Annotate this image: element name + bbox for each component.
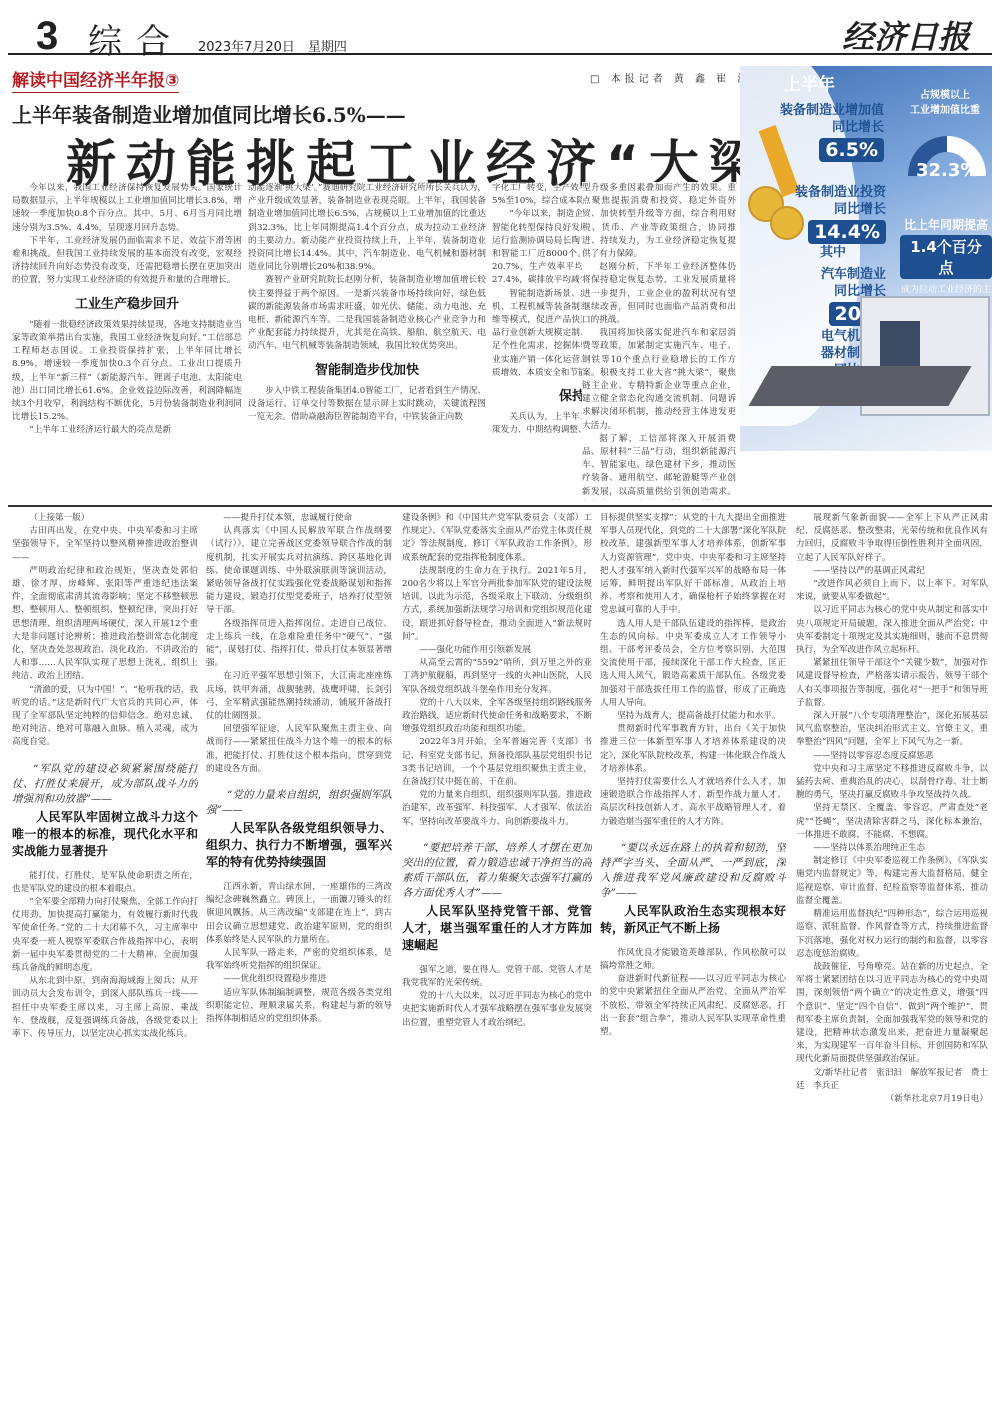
infographic: 上半年 装备制造业增加值 同比增长 6.5% 占规模以上 工业增加值比重 32.… <box>740 66 992 451</box>
masthead: 3 综合 2023年7月20日 星期四 经济日报 <box>0 0 1000 54</box>
continued-note: （上接第一版） <box>12 512 198 525</box>
section-heading: 智能制造步伐加快 <box>248 364 486 377</box>
stat-share-label: 占规模以上 工业增加值比重 <box>900 86 990 116</box>
series-label: 解读中国经济半年报③ <box>12 66 179 93</box>
article1-column-4: 型升级多重因素叠加而产生的效果。重点聚焦提振消费和投资、稳定外资外贸、加快转型升… <box>582 182 736 500</box>
pull-quote: “要把培养干部、培养人才摆在更加突出的位置，着力锻造忠诚干净担当的高素质干部队伍… <box>402 841 592 901</box>
subsection-heading: 人民军队坚持党管干部、党管人才，堪当强军重任的人才方阵加速崛起 <box>402 903 592 954</box>
article2-column-2: ——提升打仗本领，忠诚履行使命 认真落实《中国人民解放军联合作战纲要（试行）》，… <box>206 512 392 1412</box>
article-byline: □ 本报记者 黄 鑫 崔 浩 <box>590 70 751 85</box>
dateline: （新华社北京7月19日电） <box>796 1093 988 1106</box>
author-signature: 文/新华社记者 张汩汩 解放军报记者 费士廷 李兵正 <box>796 1067 988 1093</box>
pull-quote: “军队党的建设必须紧紧围绕能打仗、打胜仗来展开，成为部队战斗力的增强剂和功放器”… <box>12 762 198 807</box>
article2-column-1: （上接第一版） 古田再出发，在党中央、中央军委和习主席坚强领导下，全军坚持以整风… <box>12 512 198 1412</box>
section-heading: 工业生产稳步回升 <box>12 298 242 311</box>
newspaper-logo: 经济日报 <box>842 12 970 58</box>
conveyor-belt-illustration <box>748 366 971 406</box>
pull-quote: “要以永远在路上的执着和韧劲，坚持严字当头、全面从严、一严到底，深入推进我军党风… <box>600 841 786 901</box>
subsection-heading: 人民军队牢固树立战斗力这个唯一的根本的标准，现代化水平和实战能力显著提升 <box>12 809 198 860</box>
article1-column-1: 今年以来，我国工业经济保持恢复发展势头。国家统计局数据显示，上半年规模以上工业增… <box>12 182 242 500</box>
article1-column-2: 动能逐渐‘挑大梁’。”赛迪研究院工业经济研究所所长关兵认为，产业升级成效显著，装… <box>248 182 486 500</box>
stat-rise: 比上年同期提高 1.4个百分点 成为拉动工业经济的主要动力 <box>900 216 992 308</box>
subsection-heading: 人民军队各级党组织领导力、组织力、执行力不断增强，强军兴军的特有优势持续强固 <box>206 820 392 871</box>
article-divider <box>8 505 992 507</box>
stat-equipment-value-added: 装备制造业增加值 同比增长 6.5% <box>744 102 884 162</box>
section-title: 综合 <box>88 14 184 63</box>
masthead-divider <box>8 53 992 55</box>
pull-quote: “党的力量来自组织，组织强则军队强”—— <box>206 788 392 818</box>
article2-column-5: 展现新气象新面貌——全军上下从严正风肃纪、反腐惩恶、整改整肃，光荣传统和优良作风… <box>796 512 988 1412</box>
share-value: 32.3% <box>916 160 978 181</box>
article2-column-3: 建设条例》和《中国共产党军队委员会（支部）工作规定》、《军队党委落实全面从严治党… <box>402 512 592 1412</box>
infographic-title: 上半年 <box>784 70 835 95</box>
factory-door <box>880 321 920 371</box>
subsection-heading: 人民军队政治生态实现根本好转，新风正气不断上扬 <box>600 903 786 937</box>
stat-equipment-investment: 装备制造业投资 同比增长 14.4% 其中 <box>780 184 886 261</box>
article2-column-4: 目标提供坚实支撑”；从党的十九大提出全面推进军事人员现代化，到党的二十大部署“深… <box>600 512 786 1412</box>
